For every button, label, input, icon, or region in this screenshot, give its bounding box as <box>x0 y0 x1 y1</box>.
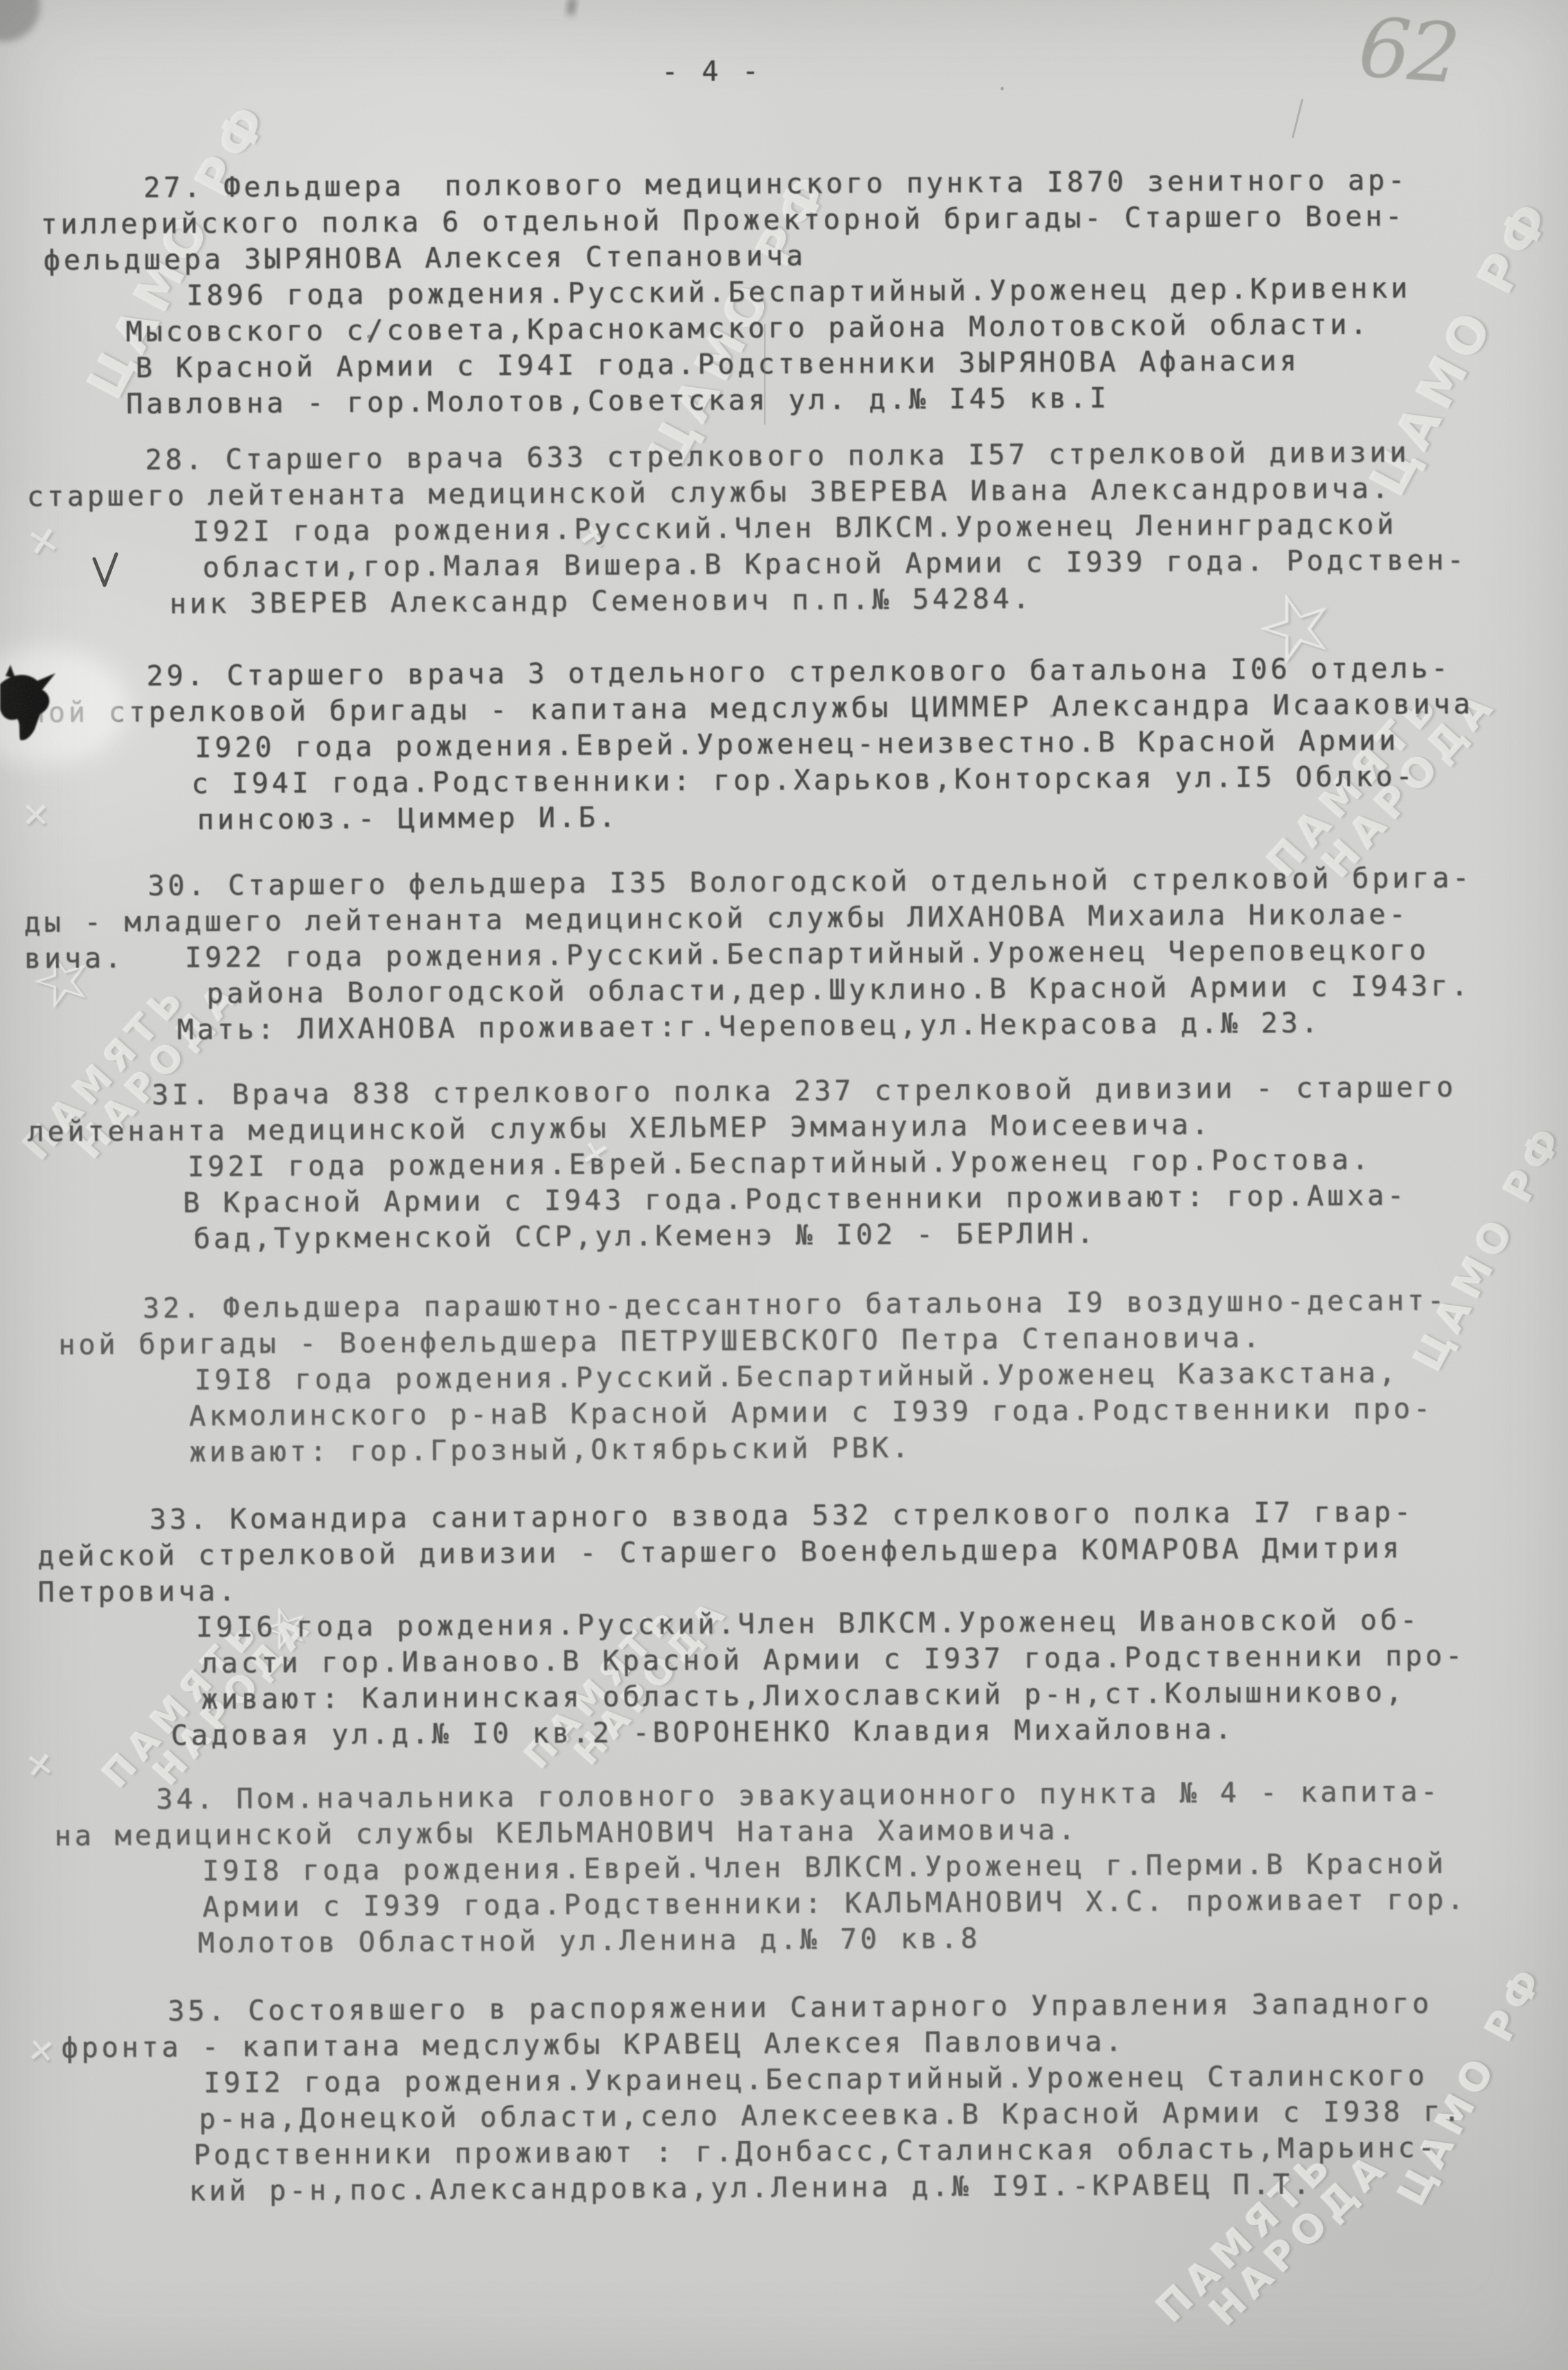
entry-33: 33. Командира санитарного взвода 532 стр… <box>2 1493 1568 1755</box>
entry-31-line-5: бад,Туркменской ССР,ул.Кеменэ № I02 - БЕ… <box>193 1213 1568 1257</box>
entry-27: 27. Фельдшера полкового медицинского пун… <box>0 161 1563 423</box>
entry-32: 32. Фельдшера парашютно-дессантного бата… <box>1 1282 1568 1472</box>
entry-30: 30. Старшего фельдшера I35 Вологодской о… <box>0 859 1567 1049</box>
entry-30-line-5: Мать: ЛИХАНОВА проживает:г.Череповец,ул.… <box>177 1004 1567 1048</box>
entry-33-line-7: Садовая ул.д.№ I0 кв.2 -ВОРОНЕНКО Клавди… <box>171 1709 1568 1754</box>
entry-28-line-5: ник ЗВЕРЕВ Александр Семенович п.п.№ 542… <box>170 578 1565 622</box>
page-number: - 4 - <box>661 55 763 88</box>
entry-29-line-5: пинсоюз.- Циммер И.Б. <box>197 794 1566 838</box>
document-page: ЦАМО РФЦАМО РФЦАМО РФ☆ПАМЯТЬНАРОДА☆ПАМЯТ… <box>0 0 1568 2370</box>
entry-34: 34. Пом.начальника головного эвакуационн… <box>3 1773 1568 1963</box>
entry-28: 28. Старшего врача 633 стрелкового полка… <box>0 434 1565 623</box>
entry-34-line-5: Молотов Областной ул.Ленина д.№ 70 кв.8 <box>198 1917 1568 1961</box>
entry-35: 35. Состоявшего в распоряжении Санитарно… <box>5 1985 1568 2211</box>
folio-number: 62 <box>1355 0 1460 102</box>
entry-31: 3I. Врача 838 стрелкового полка 237 стре… <box>0 1069 1568 1258</box>
text-layer: - 4 - 27. Фельдшера полкового медицинско… <box>0 0 1568 2370</box>
entry-29: 29. Старшего врача 3 отдельного стрелков… <box>0 650 1566 839</box>
entry-32-line-5: живают: гор.Грозный,Октябрьский РВК. <box>189 1426 1568 1470</box>
entry-35-line-6: кий р-н,пос.Александровка,ул.Ленина д.№ … <box>189 2165 1568 2209</box>
